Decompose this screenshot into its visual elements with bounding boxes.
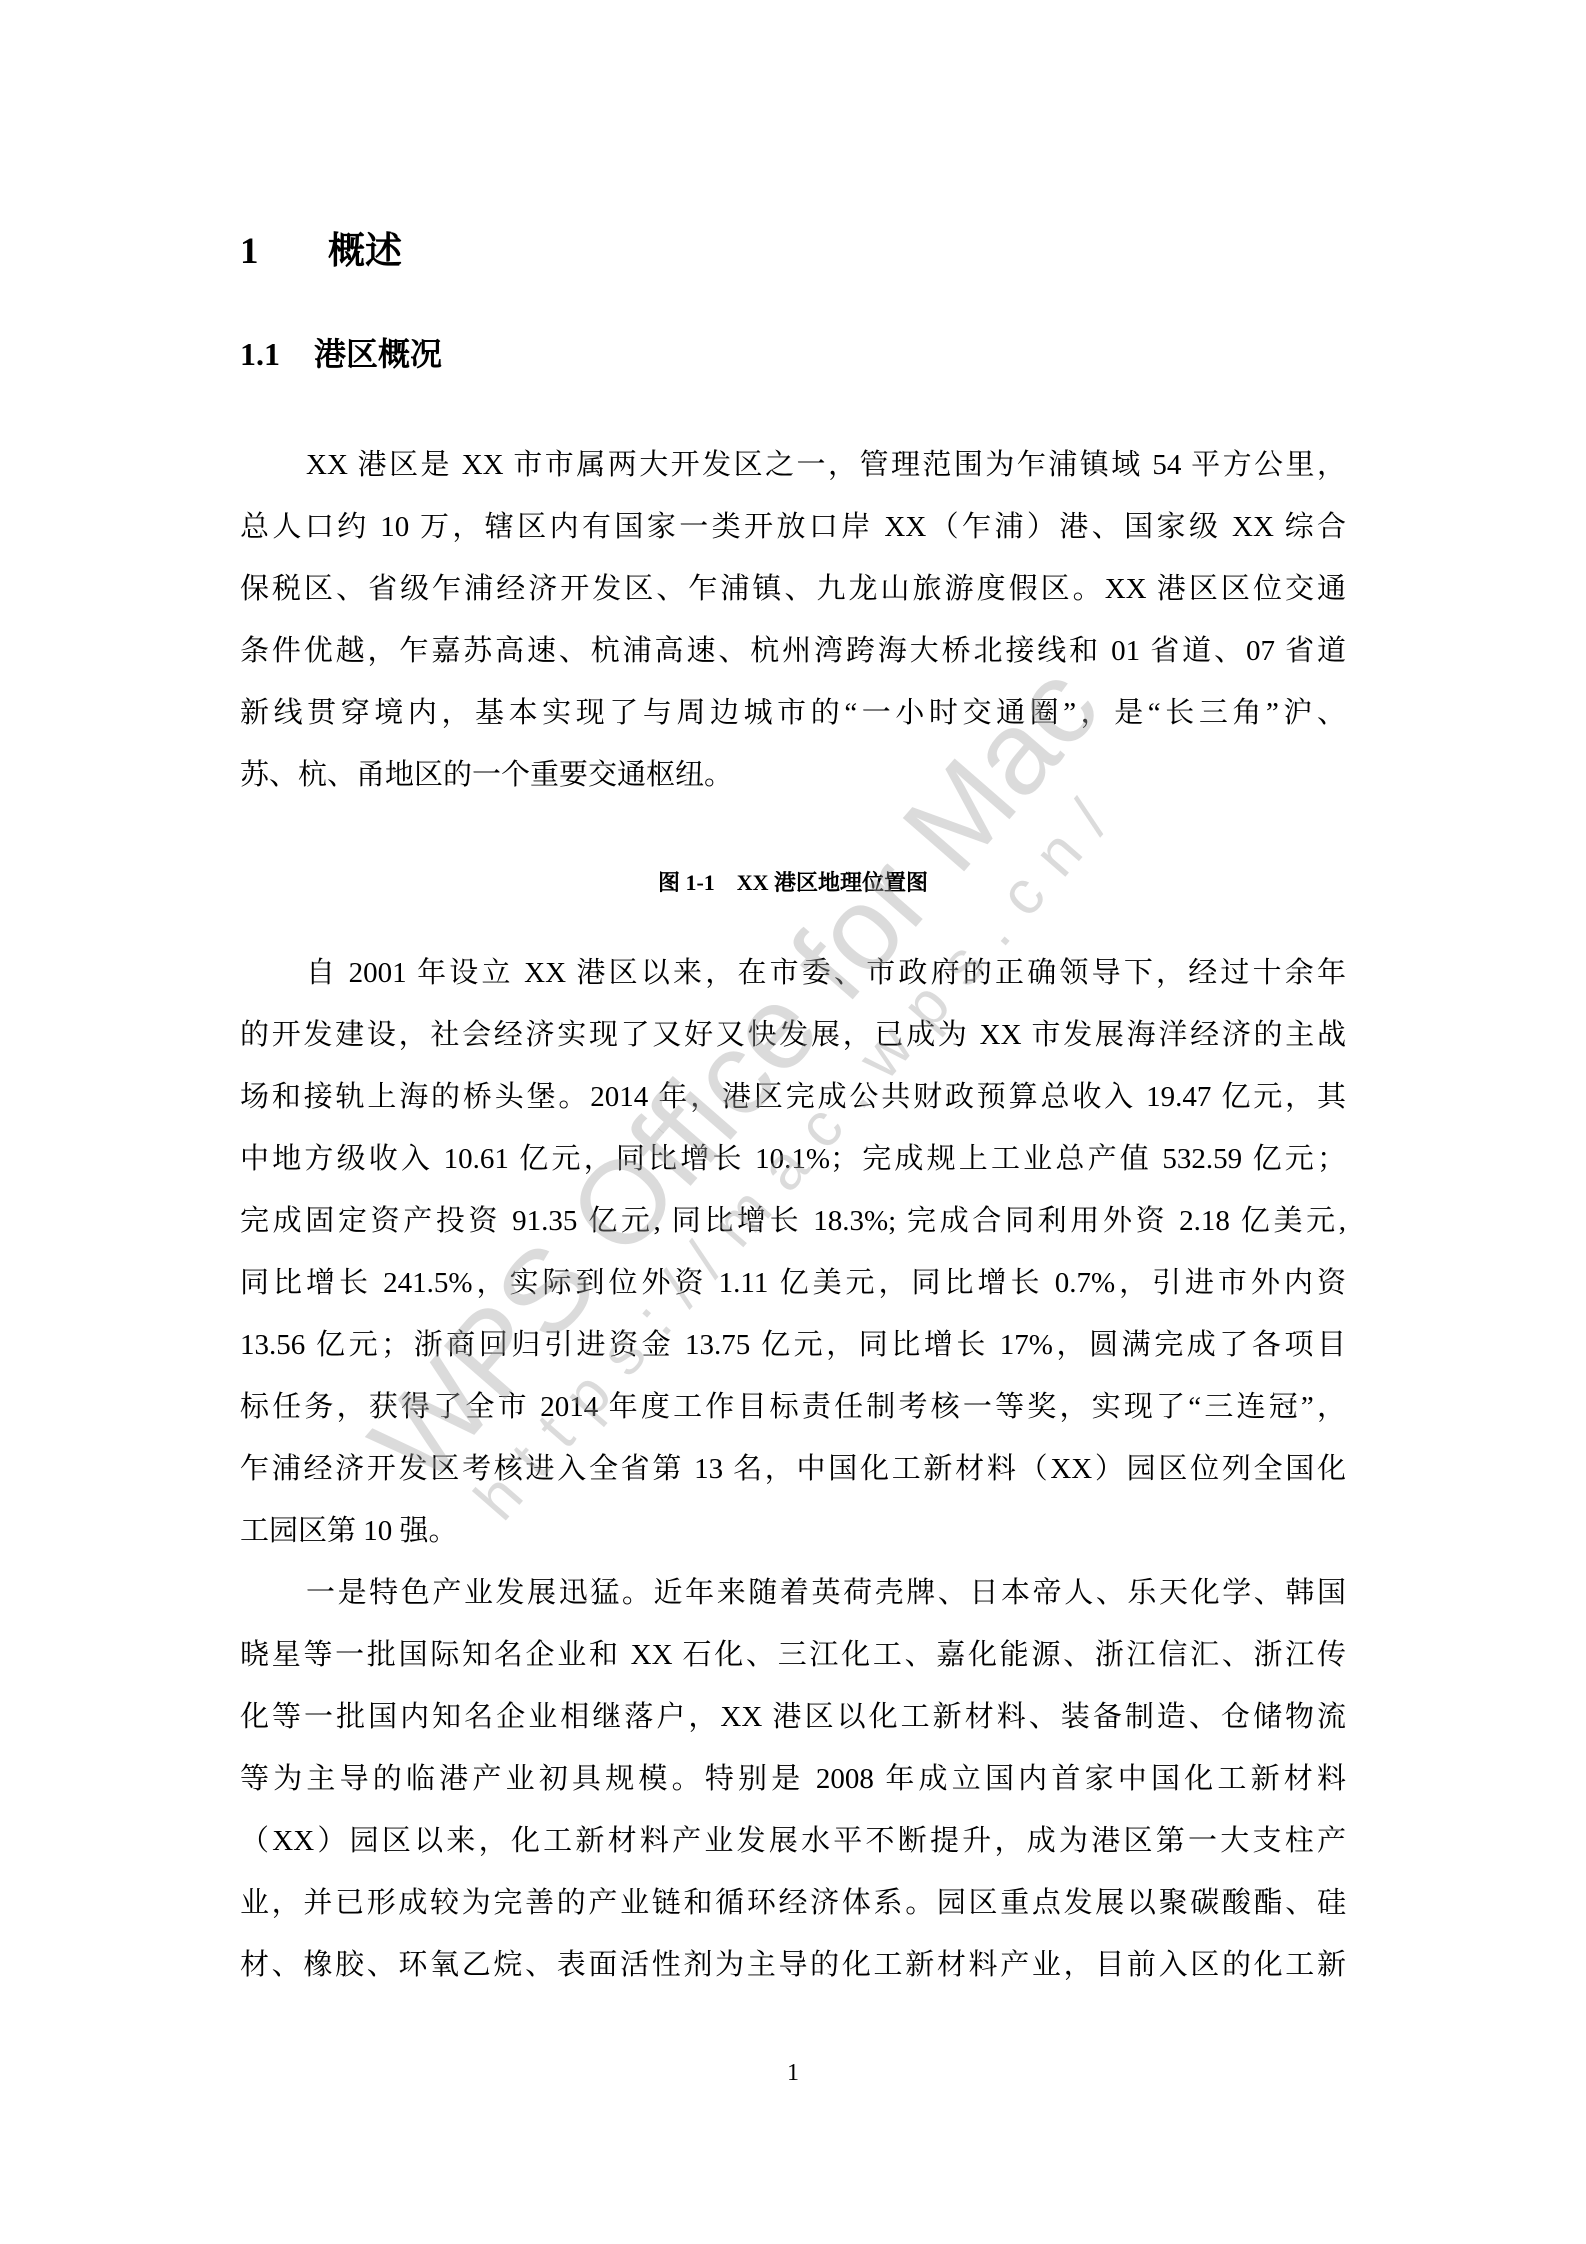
- section-number: 1.1: [240, 330, 314, 378]
- document-page: 1概述 1.1港区概况 XX 港区是 XX 市市属两大开发区之一，管理范围为乍浦…: [0, 0, 1586, 2244]
- text-line: 场和接轨上海的桥头堡。2014 年，港区完成公共财政预算总收入 19.47 亿元…: [240, 1066, 1346, 1128]
- text-line: 完成固定资产投资 91.35 亿元, 同比增长 18.3%; 完成合同利用外资 …: [240, 1190, 1346, 1252]
- text-line: 中地方级收入 10.61 亿元，同比增长 10.1%；完成规上工业总产值 532…: [240, 1128, 1346, 1190]
- chapter-heading: 1概述: [240, 226, 402, 278]
- text-line: （XX）园区以来，化工新材料产业发展水平不断提升，成为港区第一大支柱产: [240, 1810, 1346, 1872]
- text-line: XX 港区是 XX 市市属两大开发区之一，管理范围为乍浦镇域 54 平方公里，: [240, 434, 1346, 496]
- text-line: 自 2001 年设立 XX 港区以来，在市委、市政府的正确领导下，经过十余年: [240, 942, 1346, 1004]
- text-line: 13.56 亿元；浙商回归引进资金 13.75 亿元，同比增长 17%，圆满完成…: [240, 1314, 1346, 1376]
- text-line: 总人口约 10 万，辖区内有国家一类开放口岸 XX（乍浦）港、国家级 XX 综合: [240, 496, 1346, 558]
- page-number: 1: [0, 2058, 1586, 2088]
- figure-number: 图 1-1: [658, 866, 715, 900]
- text-line: 新线贯穿境内，基本实现了与周边城市的“一小时交通圈”，是“长三角”沪、: [240, 682, 1346, 744]
- text-line: 乍浦经济开发区考核进入全省第 13 名，中国化工新材料（XX）园区位列全国化: [240, 1438, 1346, 1500]
- text-line: 工园区第 10 强。: [240, 1500, 1346, 1562]
- section-heading: 1.1港区概况: [240, 330, 442, 378]
- chapter-title: 概述: [328, 231, 402, 272]
- figure-caption: 图 1-1XX 港区地理位置图: [0, 866, 1586, 900]
- text-line: 业，并已形成较为完善的产业链和循环经济体系。园区重点发展以聚碳酸酯、硅: [240, 1872, 1346, 1934]
- text-line: 材、橡胶、环氧乙烷、表面活性剂为主导的化工新材料产业，目前入区的化工新: [240, 1934, 1346, 1996]
- text-line: 的开发建设，社会经济实现了又好又快发展，已成为 XX 市发展海洋经济的主战: [240, 1004, 1346, 1066]
- text-line: 条件优越，乍嘉苏高速、杭浦高速、杭州湾跨海大桥北接线和 01 省道、07 省道: [240, 620, 1346, 682]
- figure-title: XX 港区地理位置图: [737, 870, 928, 895]
- text-line: 同比增长 241.5%，实际到位外资 1.11 亿美元，同比增长 0.7%，引进…: [240, 1252, 1346, 1314]
- paragraph-industry: 一是特色产业发展迅猛。近年来随着英荷壳牌、日本帝人、乐天化学、韩国 晓星等一批国…: [240, 1562, 1346, 1996]
- text-line: 化等一批国内知名企业相继落户，XX 港区以化工新材料、装备制造、仓储物流: [240, 1686, 1346, 1748]
- section-title: 港区概况: [314, 336, 442, 372]
- text-line: 保税区、省级乍浦经济开发区、乍浦镇、九龙山旅游度假区。XX 港区区位交通: [240, 558, 1346, 620]
- text-line: 一是特色产业发展迅猛。近年来随着英荷壳牌、日本帝人、乐天化学、韩国: [240, 1562, 1346, 1624]
- paragraph-development: 自 2001 年设立 XX 港区以来，在市委、市政府的正确领导下，经过十余年 的…: [240, 942, 1346, 1562]
- text-line: 晓星等一批国际知名企业和 XX 石化、三江化工、嘉化能源、浙江信汇、浙江传: [240, 1624, 1346, 1686]
- paragraph-overview: XX 港区是 XX 市市属两大开发区之一，管理范围为乍浦镇域 54 平方公里， …: [240, 434, 1346, 806]
- text-line: 苏、杭、甬地区的一个重要交通枢纽。: [240, 744, 1346, 806]
- chapter-number: 1: [240, 226, 328, 278]
- text-line: 等为主导的临港产业初具规模。特别是 2008 年成立国内首家中国化工新材料: [240, 1748, 1346, 1810]
- text-line: 标任务，获得了全市 2014 年度工作目标责任制考核一等奖，实现了“三连冠”，: [240, 1376, 1346, 1438]
